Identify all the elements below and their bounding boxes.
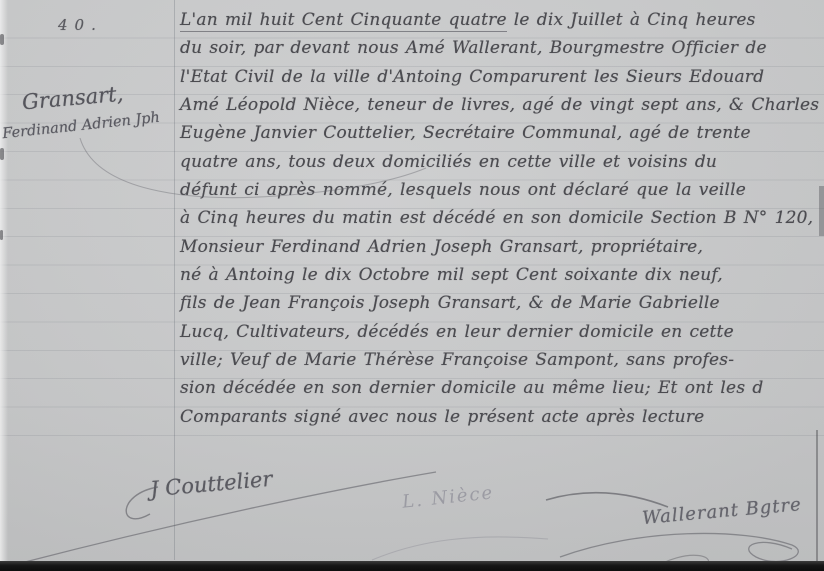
margin-act-number: 40. — [58, 16, 103, 34]
act-line: sion décédée en son dernier domicile au … — [180, 378, 763, 398]
register-page: 40. Gransart, Ferdinand Adrien Jph L'an … — [0, 0, 824, 571]
act-line: Amé Léopold Nièce, teneur de livres, agé… — [180, 95, 819, 115]
act-line: quatre ans, tous deux domiciliés en cett… — [180, 152, 717, 172]
act-line: né à Antoing le dix Octobre mil sept Cen… — [180, 265, 723, 285]
binding-mark — [0, 230, 3, 240]
act-line: l'Etat Civil de la ville d'Antoing Compa… — [180, 67, 764, 87]
act-line: Comparants signé avec nous le présent ac… — [180, 407, 704, 427]
margin-surname: Gransart, — [21, 82, 124, 115]
act-line-underlined-date: L'an mil huit Cent Cinquante quatre — [180, 10, 507, 32]
binding-mark — [0, 34, 4, 45]
signature-wallerant: Wallerant Bgtre — [641, 494, 802, 529]
act-line: ville; Veuf de Marie Thérèse Françoise S… — [180, 350, 734, 370]
act-line: fils de Jean François Joseph Gransart, &… — [180, 293, 720, 313]
act-line: L'an mil huit Cent Cinquante quatrele di… — [180, 10, 756, 30]
act-line: Eugène Janvier Couttelier, Secrétaire Co… — [180, 123, 751, 143]
scan-bottom-bar — [0, 561, 824, 571]
page-left-edge — [0, 0, 8, 571]
margin-given-names: Ferdinand Adrien Jph — [2, 110, 161, 142]
act-line: Lucq, Cultivateurs, décédés en leur dern… — [180, 322, 734, 342]
signature-niece: L. Nièce — [401, 482, 495, 513]
act-line: défunt ci après nommé, lesquels nous ont… — [180, 180, 746, 200]
page-right-edge-shadow — [819, 186, 824, 236]
act-line: du soir, par devant nous Amé Wallerant, … — [180, 38, 767, 58]
page-right-edge-line — [816, 430, 818, 562]
act-line-rest: le dix Juillet à Cinq heures — [514, 10, 756, 30]
act-line: à Cinq heures du matin est décédé en son… — [180, 208, 813, 228]
signature-couttelier: J Couttelier — [149, 467, 273, 502]
act-line: Monsieur Ferdinand Adrien Joseph Gransar… — [180, 237, 703, 257]
binding-mark — [0, 148, 4, 160]
